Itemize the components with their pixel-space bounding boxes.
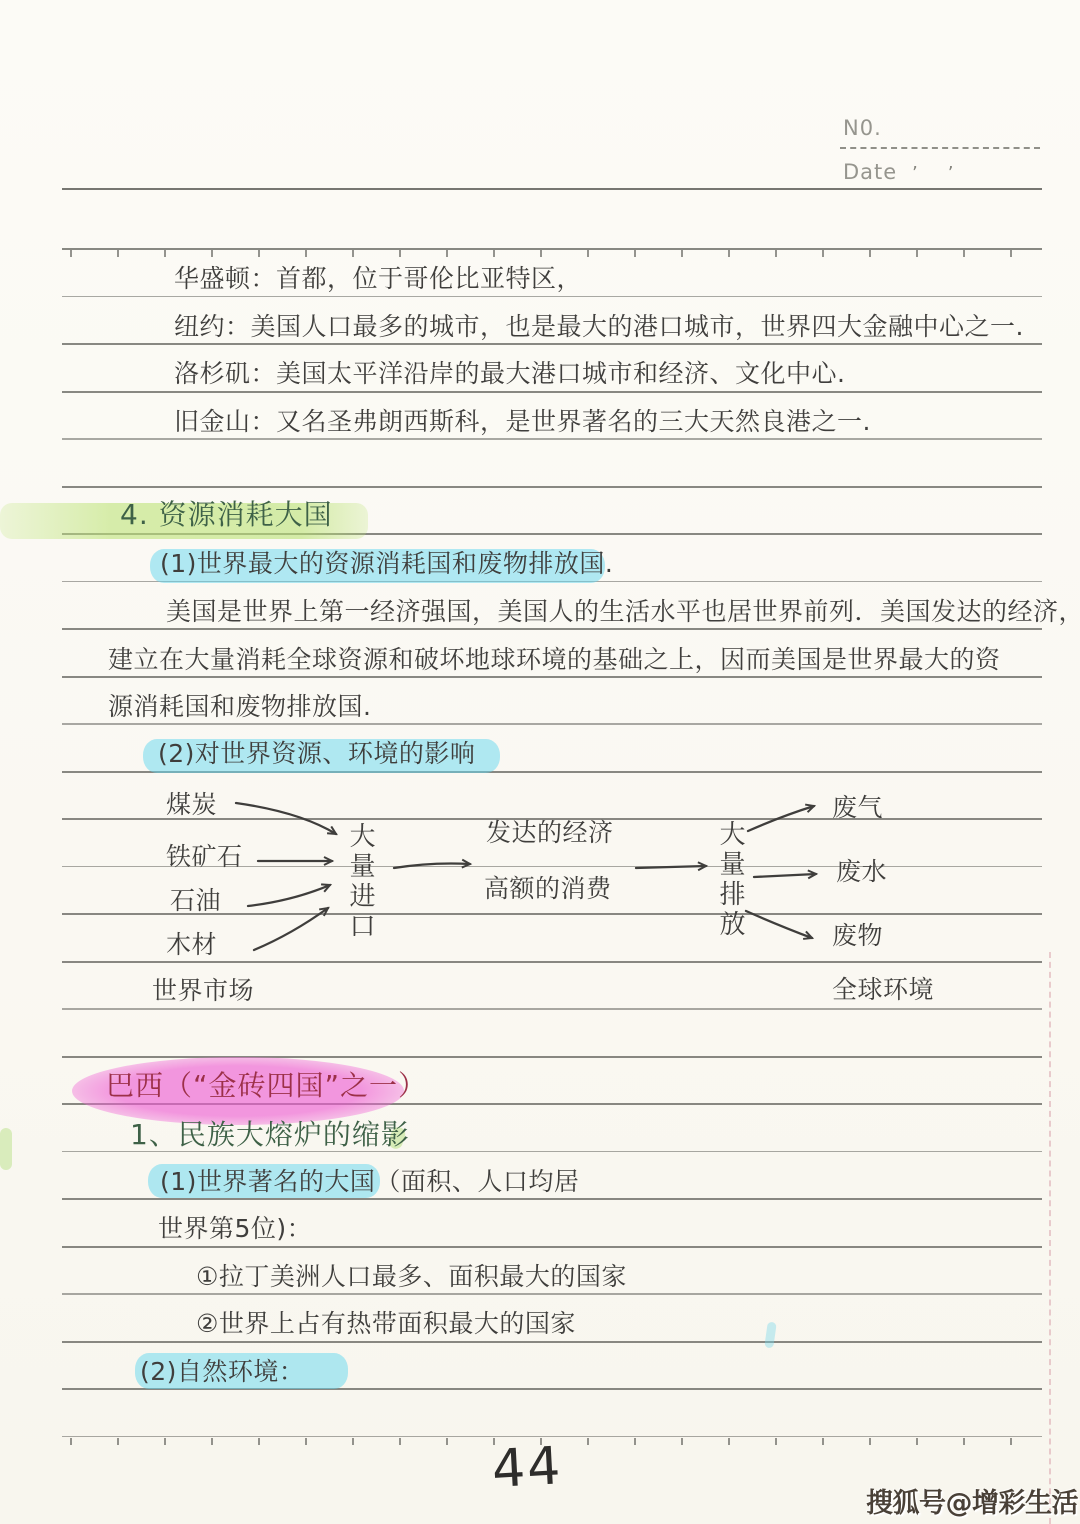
rule-tick xyxy=(352,250,354,257)
rule-tick xyxy=(540,250,542,257)
rule-tick xyxy=(869,250,871,257)
rule-tick xyxy=(446,250,448,257)
no-label: N0. xyxy=(843,116,882,140)
brazil-sub2: (2)自然环境： xyxy=(140,1355,304,1389)
note-line-losangeles: 洛杉矶：美国太平洋沿岸的最大港口城市和经济、文化中心. xyxy=(174,357,845,391)
rule-tick xyxy=(211,1438,213,1445)
note-line-washington: 华盛顿：首都，位于哥伦比亚特区， xyxy=(174,262,582,296)
rule-line xyxy=(62,1008,1042,1010)
rule-tick xyxy=(399,1438,401,1445)
top-margin-line xyxy=(62,188,1042,190)
diagram-world-market: 世界市场 xyxy=(152,974,254,1008)
rule-tick xyxy=(587,250,589,257)
page-number: 44 xyxy=(490,1436,563,1500)
rule-tick xyxy=(822,250,824,257)
right-margin-dashed-line xyxy=(1049,952,1051,1524)
rule-line xyxy=(62,486,1042,488)
rule-tick xyxy=(399,250,401,257)
diagram-mass-import-label: 大量进口 xyxy=(342,822,379,942)
rule-tick xyxy=(916,250,918,257)
note-line-newyork: 纽约：美国人口最多的城市，也是最大的港口城市，世界四大金融中心之一. xyxy=(174,310,1024,344)
diagram-global-environment: 全球环境 xyxy=(832,973,934,1007)
arrow-oil-to-import xyxy=(248,885,330,906)
brazil-title: 巴西（“金砖四国”之一） xyxy=(106,1068,427,1104)
brazil-sub1-highlighted-text: (1)世界著名的大国 xyxy=(160,1167,375,1196)
rule-tick xyxy=(634,1438,636,1445)
rule-tick xyxy=(1010,250,1012,257)
brazil-item1: 1、民族大熔炉的缩影 xyxy=(130,1117,410,1153)
diagram-mass-emission-label: 大量排放 xyxy=(712,820,749,940)
brazil-point1: ①拉丁美洲人口最多、面积最大的国家 xyxy=(196,1260,627,1294)
brazil-point2: ②世界上占有热带面积最大的国家 xyxy=(196,1307,576,1341)
arrow-emission-to-wastewater xyxy=(754,874,816,877)
brazil-sub1-rest-text: （面积、人口均居 xyxy=(375,1167,579,1196)
arrow-emission-to-solidwaste xyxy=(746,911,812,938)
rule-tick xyxy=(164,1438,166,1445)
rule-tick xyxy=(869,1438,871,1445)
rule-tick xyxy=(916,1438,918,1445)
diagram-input-coal: 煤炭 xyxy=(166,788,217,822)
section4-para-line3: 源消耗国和废物排放国. xyxy=(108,690,371,724)
brazil-sub1-line2: 世界第5位)： xyxy=(158,1212,312,1246)
note-line-sanfrancisco: 旧金山：又名圣弗朗西斯科，是世界著名的三大天然良港之一. xyxy=(174,405,871,439)
section4-para-line2: 建立在大量消耗全球资源和破坏地球环境的基础之上，因而美国是世界最大的资 xyxy=(108,643,1001,677)
section4-sub2: (2)对世界资源、环境的影响 xyxy=(158,737,475,771)
diagram-output-solidwaste: 废物 xyxy=(832,919,883,953)
rule-tick xyxy=(1010,1438,1012,1445)
rule-tick xyxy=(963,1438,965,1445)
rule-tick xyxy=(164,250,166,257)
diagram-output-wastewater: 废水 xyxy=(836,855,887,889)
diagram-output-wastegas: 废气 xyxy=(832,791,883,825)
rule-tick xyxy=(587,1438,589,1445)
no-dotted-line xyxy=(840,147,1040,149)
rule-tick xyxy=(728,250,730,257)
rule-tick xyxy=(211,250,213,257)
rule-tick xyxy=(634,250,636,257)
rule-tick xyxy=(963,250,965,257)
date-punctuation-marks: ’’ xyxy=(912,163,983,184)
diagram-input-timber: 木材 xyxy=(166,928,217,962)
watermark: 搜狐号@增彩生活 xyxy=(866,1481,1078,1520)
rule-tick xyxy=(305,1438,307,1445)
rule-tick xyxy=(775,1438,777,1445)
section4-title: 4. 资源消耗大国 xyxy=(120,497,333,533)
rule-tick xyxy=(822,1438,824,1445)
rule-line xyxy=(62,248,1042,250)
rule-tick xyxy=(258,1438,260,1445)
rule-tick xyxy=(681,1438,683,1445)
rule-tick xyxy=(681,250,683,257)
date-label: Date xyxy=(843,160,897,184)
diagram-developed-economy: 发达的经济 xyxy=(486,816,614,850)
rule-tick xyxy=(117,1438,119,1445)
diagram-input-ironore: 铁矿石 xyxy=(166,840,243,874)
section4-sub1: (1)世界最大的资源消耗国和废物排放国. xyxy=(160,547,613,581)
rule-tick xyxy=(258,250,260,257)
rule-tick xyxy=(493,250,495,257)
rule-tick xyxy=(305,250,307,257)
green-edge-mark xyxy=(0,1128,12,1170)
rule-tick xyxy=(775,250,777,257)
diagram-high-consumption: 高额的消费 xyxy=(484,872,612,906)
rule-tick xyxy=(446,1438,448,1445)
notebook-page: N0. Date ’’ 华盛顿：首都，位于哥伦比亚特区， 纽约：美国人口最多的城… xyxy=(0,0,1080,1524)
brazil-sub1: (1)世界著名的大国（面积、人口均居 xyxy=(160,1165,579,1199)
diagram-input-oil: 石油 xyxy=(170,884,221,918)
section4-para-line1: 美国是世界上第一经济强国，美国人的生活水平也居世界前列．美国发达的经济，是 xyxy=(166,595,1080,629)
cyan-smudge-mark xyxy=(764,1322,777,1349)
rule-tick xyxy=(352,1438,354,1445)
rule-tick xyxy=(70,1438,72,1445)
rule-tick xyxy=(728,1438,730,1445)
rule-tick xyxy=(117,250,119,257)
rule-tick xyxy=(70,250,72,257)
